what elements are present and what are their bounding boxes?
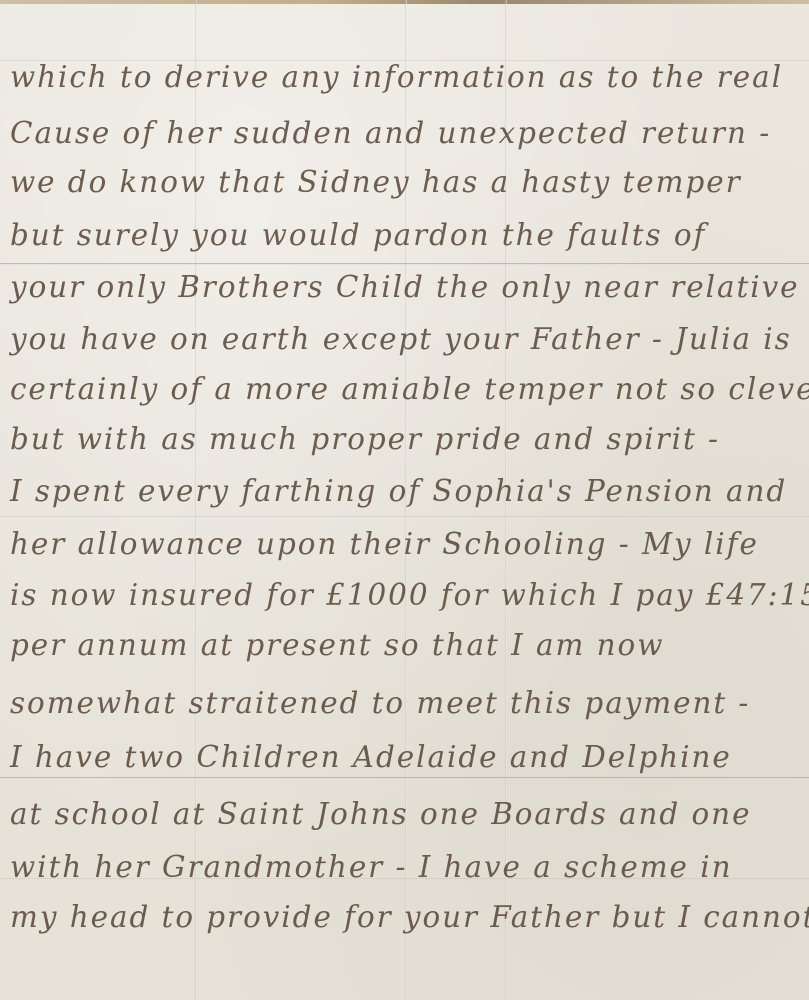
letter-line-11: is now insured for £1000 for which I pay… [10,578,784,613]
letter-line-4: but surely you would pardon the faults o… [10,218,784,253]
letter-line-13: somewhat straitened to meet this payment… [10,686,784,721]
letter-line-12: per annum at present so that I am now [10,628,784,663]
horizontal-fold-crease [0,777,809,779]
faint-crease [0,516,809,517]
letter-line-9: I spent every farthing of Sophia's Pensi… [10,474,784,509]
letter-line-17: my head to provide for your Father but I… [10,900,784,935]
horizontal-fold-crease [0,263,809,265]
letter-line-14: I have two Children Adelaide and Delphin… [10,740,784,775]
letter-line-5: your only Brothers Child the only near r… [10,270,784,305]
letter-line-15: at school at Saint Johns one Boards and … [10,797,784,832]
letter-line-7: certainly of a more amiable temper not s… [10,372,784,407]
letter-line-8: but with as much proper pride and spirit… [10,422,784,457]
letter-line-2: Cause of her sudden and unexpected retur… [10,116,784,151]
letter-line-10: her allowance upon their Schooling - My … [10,527,784,562]
letter-line-16: with her Grandmother - I have a scheme i… [10,850,784,885]
letter-line-3: we do know that Sidney has a hasty tempe… [10,165,784,200]
letter-page: which to derive any information as to th… [0,0,809,1000]
letter-line-1: which to derive any information as to th… [10,60,784,95]
letter-line-6: you have on earth except your Father - J… [10,322,784,357]
